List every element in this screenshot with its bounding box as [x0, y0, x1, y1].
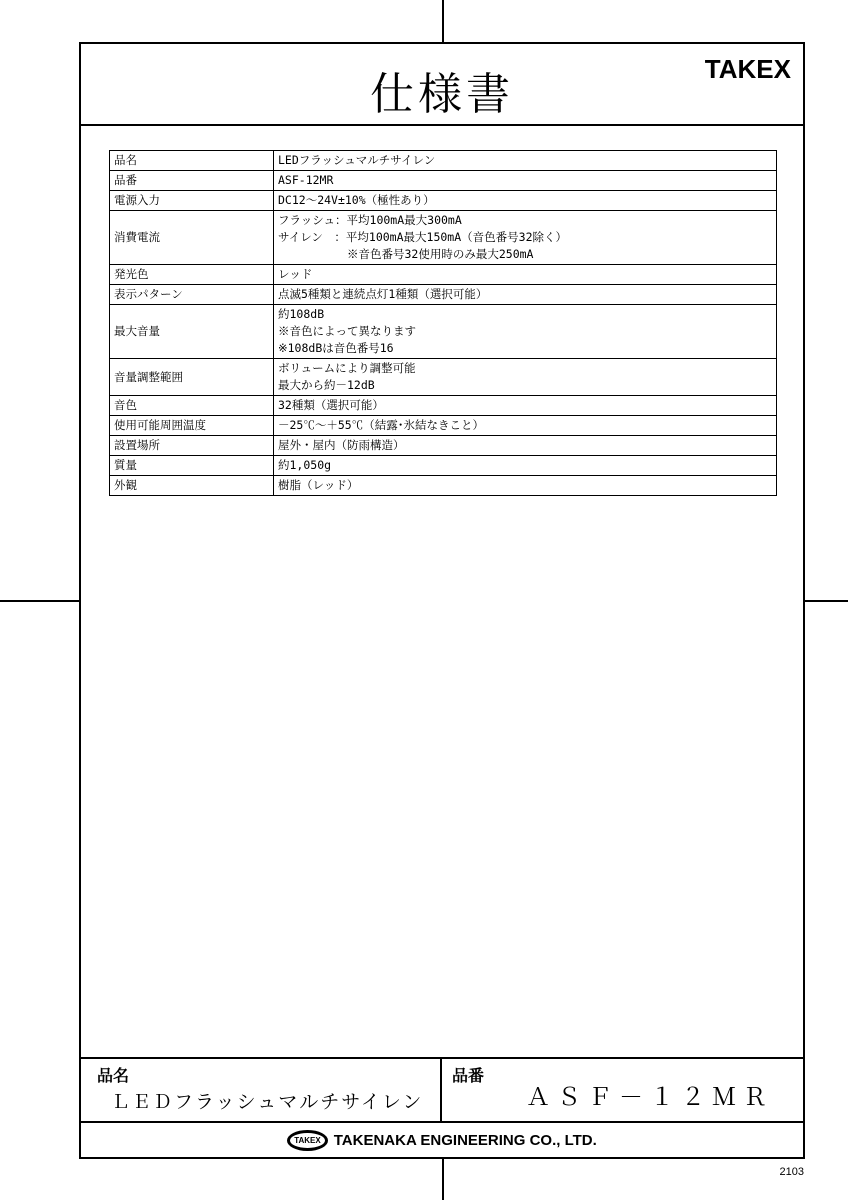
spec-label: 外観	[110, 476, 274, 496]
crop-mark-bottom	[442, 1159, 444, 1200]
product-number-label: 品番	[452, 1063, 484, 1086]
spec-label: 最大音量	[110, 305, 274, 359]
product-name-label: 品名	[97, 1063, 129, 1086]
spec-value: －25℃～＋55℃（結露･氷結なきこと）	[274, 416, 777, 436]
spec-value: 32種類（選択可能）	[274, 396, 777, 416]
product-number-value: ＡＳＦ－１２ＭＲ	[526, 1077, 774, 1112]
spec-value-line: ASF-12MR	[278, 172, 772, 189]
company-bar: TAKEX TAKENAKA ENGINEERING CO., LTD.	[81, 1121, 803, 1157]
spec-value-line: －25℃～＋55℃（結露･氷結なきこと）	[278, 417, 772, 434]
brand-logo: TAKEX	[705, 54, 791, 85]
spec-value-line: ボリュームにより調整可能	[278, 360, 772, 377]
footer: 品名 ＬＥＤフラッシュマルチサイレン 品番 ＡＳＦ－１２ＭＲ TAKEX TAK…	[81, 1057, 803, 1157]
spec-label: 消費電流	[110, 211, 274, 265]
footer-product-number: 品番 ＡＳＦ－１２ＭＲ	[442, 1059, 803, 1121]
spec-label: 音色	[110, 396, 274, 416]
table-row: 質量約1,050g	[110, 456, 777, 476]
table-row: 品番ASF-12MR	[110, 171, 777, 191]
spec-value: LEDフラッシュマルチサイレン	[274, 151, 777, 171]
spec-value-line: DC12～24V±10%（極性あり）	[278, 192, 772, 209]
spec-value: DC12～24V±10%（極性あり）	[274, 191, 777, 211]
spec-label: 発光色	[110, 265, 274, 285]
page-title: 仕様書	[81, 58, 803, 122]
spec-value: レッド	[274, 265, 777, 285]
crop-mark-right	[805, 600, 848, 602]
spec-value: ボリュームにより調整可能最大から約－12dB	[274, 359, 777, 396]
table-row: 設置場所屋外・屋内（防雨構造）	[110, 436, 777, 456]
spec-value: 点滅5種類と連続点灯1種類（選択可能）	[274, 285, 777, 305]
spec-label: 表示パターン	[110, 285, 274, 305]
spec-value: フラッシュ：平均100mA最大300mAサイレン ：平均100mA最大150mA…	[274, 211, 777, 265]
table-row: 電源入力DC12～24V±10%（極性あり）	[110, 191, 777, 211]
table-row: 音量調整範囲ボリュームにより調整可能最大から約－12dB	[110, 359, 777, 396]
spec-value: ASF-12MR	[274, 171, 777, 191]
table-row: 外観樹脂（レッド）	[110, 476, 777, 496]
crop-mark-top	[442, 0, 444, 42]
spec-value-line: ※音色番号32使用時のみ最大250mA	[278, 246, 772, 263]
spec-value: 約108dB※音色によって異なります※108dBは音色番号16	[274, 305, 777, 359]
spec-value-line: 32種類（選択可能）	[278, 397, 772, 414]
spec-value-line: ※音色によって異なります	[278, 323, 772, 340]
table-row: 消費電流フラッシュ：平均100mA最大300mAサイレン ：平均100mA最大1…	[110, 211, 777, 265]
spec-value-line: 最大から約－12dB	[278, 377, 772, 394]
spec-table: 品名LEDフラッシュマルチサイレン品番ASF-12MR電源入力DC12～24V±…	[109, 150, 777, 496]
footer-product-name: 品名 ＬＥＤフラッシュマルチサイレン	[81, 1059, 442, 1121]
header: 仕様書 TAKEX	[81, 44, 803, 126]
company-logo-icon: TAKEX	[287, 1130, 328, 1151]
table-row: 品名LEDフラッシュマルチサイレン	[110, 151, 777, 171]
table-row: 最大音量約108dB※音色によって異なります※108dBは音色番号16	[110, 305, 777, 359]
spec-value-line: ※108dBは音色番号16	[278, 340, 772, 357]
spec-value-line: サイレン ：平均100mA最大150mA（音色番号32除く）	[278, 229, 772, 246]
spec-value: 樹脂（レッド）	[274, 476, 777, 496]
spec-value-line: レッド	[278, 266, 772, 283]
spec-sheet-frame: 仕様書 TAKEX 品名LEDフラッシュマルチサイレン品番ASF-12MR電源入…	[79, 42, 805, 1159]
table-row: 音色32種類（選択可能）	[110, 396, 777, 416]
spec-value-line: 樹脂（レッド）	[278, 477, 772, 494]
crop-mark-left	[0, 600, 79, 602]
spec-label: 音量調整範囲	[110, 359, 274, 396]
spec-label: 設置場所	[110, 436, 274, 456]
spec-label: 電源入力	[110, 191, 274, 211]
table-row: 発光色レッド	[110, 265, 777, 285]
spec-value-line: LEDフラッシュマルチサイレン	[278, 152, 772, 169]
spec-value-line: 約108dB	[278, 306, 772, 323]
spec-value: 屋外・屋内（防雨構造）	[274, 436, 777, 456]
spec-label: 質量	[110, 456, 274, 476]
spec-label: 品番	[110, 171, 274, 191]
spec-value-line: 点滅5種類と連続点灯1種類（選択可能）	[278, 286, 772, 303]
spec-value-line: フラッシュ：平均100mA最大300mA	[278, 212, 772, 229]
company-name: TAKENAKA ENGINEERING CO., LTD.	[334, 1132, 597, 1149]
spec-value: 約1,050g	[274, 456, 777, 476]
spec-value-line: 約1,050g	[278, 457, 772, 474]
spec-value-line: 屋外・屋内（防雨構造）	[278, 437, 772, 454]
spec-label: 品名	[110, 151, 274, 171]
table-row: 表示パターン点滅5種類と連続点灯1種類（選択可能）	[110, 285, 777, 305]
product-name-value: ＬＥＤフラッシュマルチサイレン	[111, 1087, 423, 1114]
spec-label: 使用可能周囲温度	[110, 416, 274, 436]
table-row: 使用可能周囲温度－25℃～＋55℃（結露･氷結なきこと）	[110, 416, 777, 436]
document-number: 2103	[780, 1166, 804, 1178]
